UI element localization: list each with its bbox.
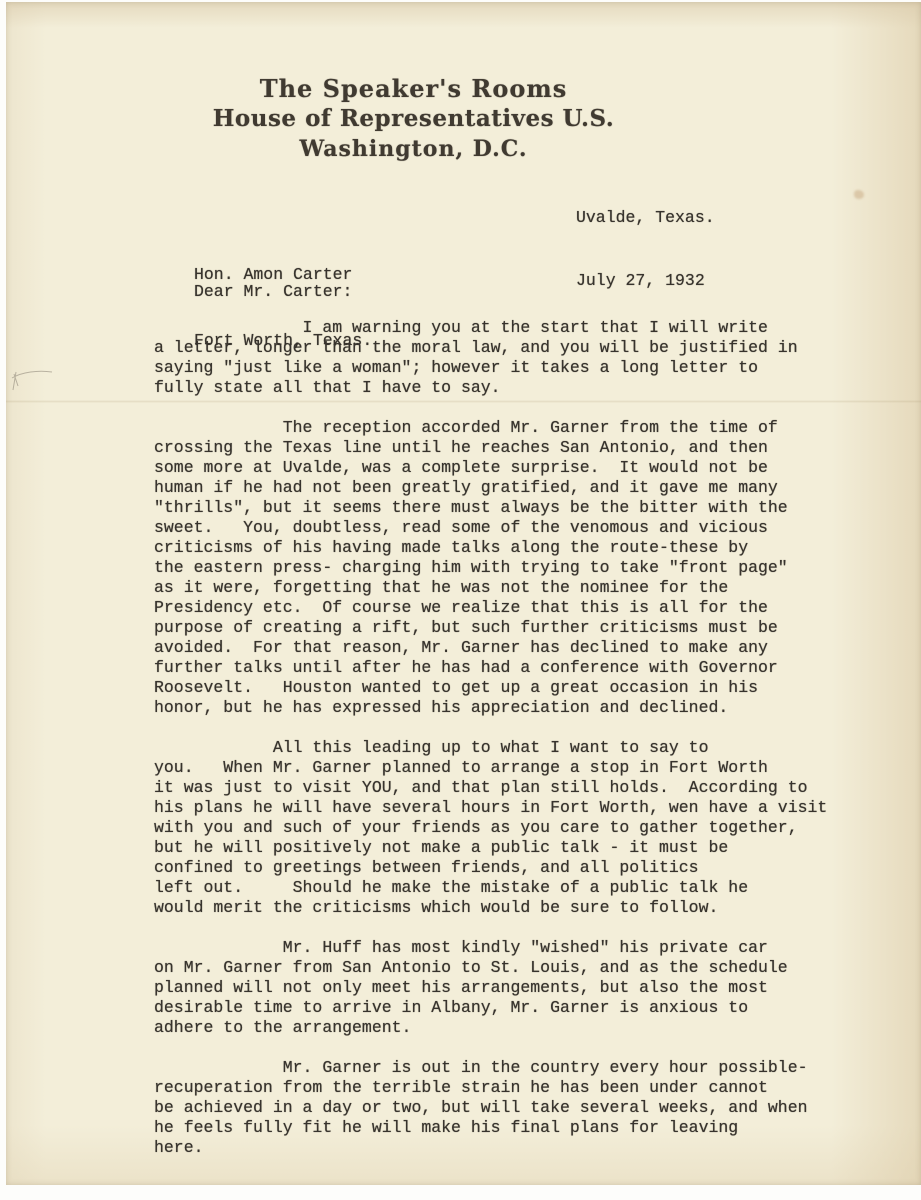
letter-body: I am warning you at the start that I wil… [154,318,854,1178]
scanned-letter: The Speaker's Rooms House of Representat… [0,0,921,1200]
letterhead-line3: Washington, D.C. [6,134,821,164]
letter-paper: The Speaker's Rooms House of Representat… [6,2,921,1185]
body-paragraph-4: Mr. Huff has most kindly "wished" his pr… [154,938,854,1038]
body-paragraph-1: I am warning you at the start that I wil… [154,318,854,398]
salutation: Dear Mr. Carter: [194,282,352,301]
paper-stain [854,190,864,199]
dateline-date: July 27, 1932 [576,270,715,291]
body-paragraph-2: The reception accorded Mr. Garner from t… [154,418,854,718]
dateline: Uvalde, Texas. July 27, 1932 [576,165,715,333]
pencil-scribble-mark [8,360,56,402]
letterhead-line1: The Speaker's Rooms [6,74,821,104]
dateline-place: Uvalde, Texas. [576,207,715,228]
letterhead-line2: House of Representatives U.S. [6,104,821,134]
body-paragraph-3: All this leading up to what I want to sa… [154,738,854,918]
body-paragraph-5: Mr. Garner is out in the country every h… [154,1058,854,1158]
letterhead: The Speaker's Rooms House of Representat… [6,74,821,164]
